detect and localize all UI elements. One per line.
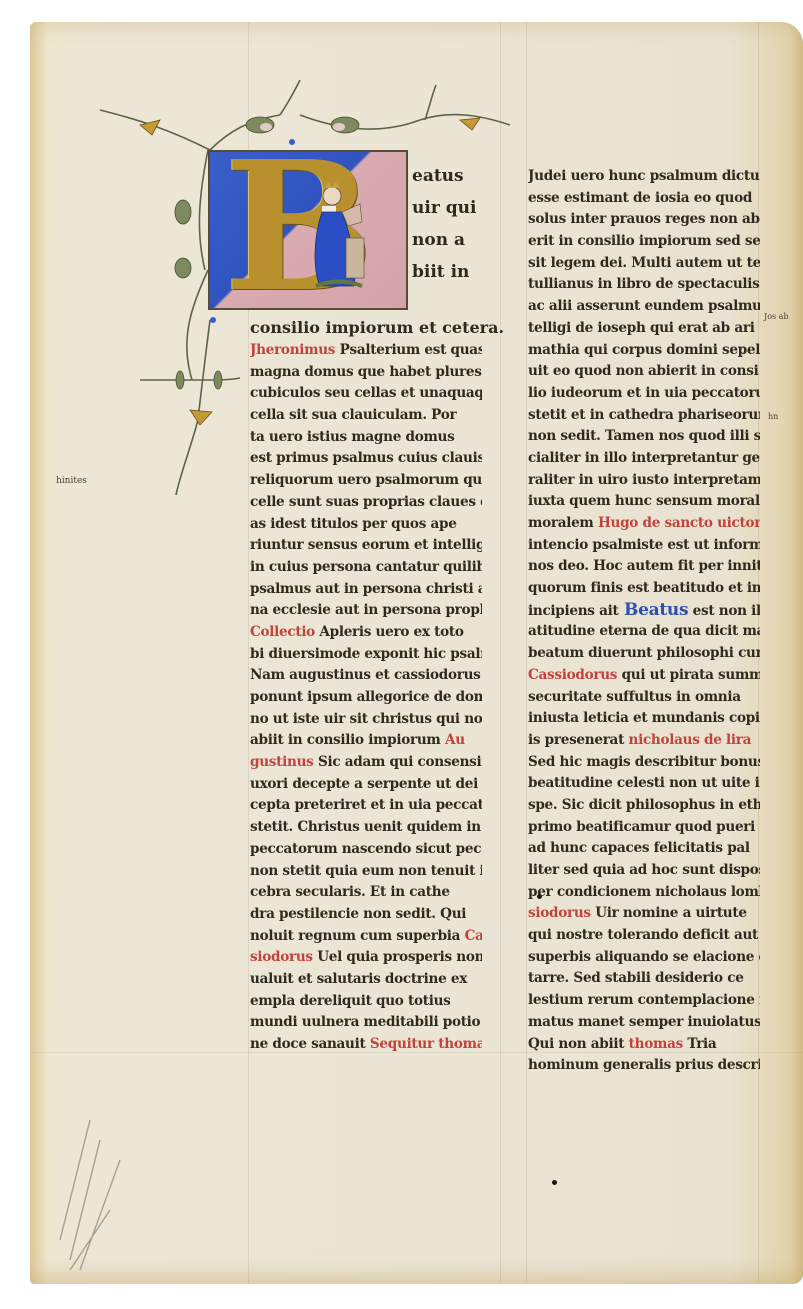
rubric-segment: Jheronimus [250,342,335,358]
text-line: raliter in uiro iusto interpretamur [528,470,760,492]
text-segment: na ecclesie aut in persona prophete. [250,602,482,618]
incipit-lines: eatus uir qui non a biit in [412,160,492,288]
text-line: siodorus Uel quia prosperis non pre [250,947,482,969]
text-segment: in cuius persona cantatur quilibet [250,559,482,575]
text-segment: empla dereliquit quo totius [250,993,451,1009]
text-line: hominum generalis prius describit [528,1055,760,1077]
incipit-line: biit in [412,256,492,288]
ink-spot [537,894,542,899]
text-segment: beatum diuerunt philosophi cum hec [528,645,760,661]
text-segment: liter sed quia ad hoc sunt dispositi [528,862,760,878]
text-line: erit in consilio impiorum sed secutus [528,231,760,253]
text-line: as idest titulos per quos ape [250,514,482,536]
text-line: Judei uero hunc psalmum dictum [528,166,760,188]
rubric-segment: Cassiodorus [528,667,617,683]
blue-segment: Beatus [618,600,688,620]
text-line: qui nostre tolerando deficit aut [528,925,760,947]
text-segment: non sedit. Tamen nos quod illi spe [528,428,760,444]
text-segment: ne doce sanauit [250,1036,365,1052]
text-line: cubiculos seu cellas et unaquaque [250,383,482,405]
text-line: uit eo quod non abierit in consi [528,361,760,383]
text-segment: peccatorum nascendo sicut peccatores sed [250,841,482,857]
text-line: moralem Hugo de sancto uictore [528,513,760,535]
text-segment: Tria [683,1036,717,1052]
text-line: intencio psalmiste est ut informet [528,535,760,557]
text-line: primo beatificamur quod pueri non sunt [528,817,760,839]
rubric-segment: Au [441,732,465,748]
text-segment: Uir nomine a uirtute [591,905,747,921]
text-segment: Apleris uero ex toto [315,624,464,640]
illuminated-initial: B [208,150,408,310]
text-line: reliquorum uero psalmorum quilibet singu… [250,470,482,492]
text-line: abiit in consilio impiorum Au [250,730,482,752]
left-text-column: Jheronimus Psalterium est quasimagna dom… [250,340,482,1056]
text-segment: matus manet semper inuiolatus [528,1014,760,1030]
margin-note-right: hn [768,412,778,421]
text-segment: celle sunt suas proprias claues cu [250,494,482,510]
text-segment: esse estimant de iosia eo quod [528,190,752,206]
text-line: is presenerat nicholaus de lira [528,730,760,752]
text-line: tullianus in libro de spectaculis [528,274,760,296]
king-david-figure [302,182,372,292]
text-line: stetit et in cathedra phariseorum [528,405,760,427]
margin-note-right: Jos ab [764,312,789,321]
text-line: matus manet semper inuiolatus [528,1012,760,1034]
text-line: non stetit quia eum non tenuit ille [250,861,482,883]
text-line: superbis aliquando se elacione ex [528,947,760,969]
text-line: na ecclesie aut in persona prophete. [250,600,482,622]
text-line: tarre. Sed stabili desiderio ce [528,968,760,990]
text-segment: dra pestilencie non sedit. Qui [250,906,466,922]
incipit-line: eatus [412,160,492,192]
text-line: sit legem dei. Multi autem ut ter [528,253,760,275]
text-line: lio iudeorum et in uia peccatorum non [528,383,760,405]
text-segment: cella sit sua clauiculam. Por [250,407,456,423]
rubric-segment: Sequitur thomas [365,1036,482,1052]
text-segment: tarre. Sed stabili desiderio ce [528,970,744,986]
text-line: est primus psalmus cuius clauis est spir… [250,448,482,470]
rubric-segment: Cas [460,928,482,944]
text-segment: cepta preteriret et in uia peccatorum [250,797,482,813]
text-line: psalmus aut in persona christi aut in pe… [250,579,482,601]
text-segment: Uel quia prosperis non pre [313,949,482,965]
text-line: Sed hic magis describitur bonus [528,752,760,774]
text-segment: securitate suffultus in omnia [528,689,741,705]
text-line: Qui non abiit thomas Tria [528,1034,760,1056]
rubric-segment: siodorus [250,949,313,965]
text-segment: mundi uulnera meditabili potio [250,1014,480,1030]
text-segment: magna domus que habet plures [250,364,482,380]
text-line: empla dereliquit quo totius [250,991,482,1013]
text-line: iuxta quem hunc sensum moralem [528,491,760,513]
text-segment: sit legem dei. Multi autem ut ter [528,255,760,271]
text-segment: stetit. Christus uenit quidem in uia [250,819,482,835]
text-line: bi diuersimode exponit hic psalmus [250,644,482,666]
text-segment: cialiter in illo interpretantur gene [528,450,760,466]
text-line: magna domus que habet plures [250,362,482,384]
text-segment: est non illa be [688,603,760,619]
text-segment: beatitudine celesti non ut uite in [528,775,760,791]
text-segment: erit in consilio impiorum sed secutus [528,233,760,249]
text-line: uxori decepte a serpente ut dei pre [250,774,482,796]
text-segment: qui ut pirata summa [617,667,760,683]
text-segment: hominum generalis prius describit [528,1057,760,1073]
text-segment: atitudine eterna de qua dicit magister [528,623,760,639]
text-line: cialiter in illo interpretantur gene [528,448,760,470]
text-line: solus inter prauos reges non ab [528,209,760,231]
text-segment: lio iudeorum et in uia peccatorum non [528,385,760,401]
text-line: dra pestilencie non sedit. Qui [250,904,482,926]
text-line: cella sit sua clauiculam. Por [250,405,482,427]
text-line: cepta preteriret et in uia peccatorum [250,795,482,817]
ink-spot [552,1180,557,1185]
text-line: ponunt ipsum allegorice de domi [250,687,482,709]
text-segment: Qui non abiit [528,1036,624,1052]
text-line: mathia qui corpus domini sepeli [528,340,760,362]
text-line: stetit. Christus uenit quidem in uia [250,817,482,839]
text-line: Jheronimus Psalterium est quasi [250,340,482,362]
text-segment: incipiens ait [528,603,618,619]
text-line: Nam augustinus et cassiodorus ex [250,665,482,687]
text-line: ta uero istius magne domus [250,427,482,449]
text-segment: telligi de ioseph qui erat ab ari [528,320,755,336]
text-segment: solus inter prauos reges non ab [528,211,760,227]
text-segment: per condicionem nicholaus lombardus [528,884,760,900]
text-segment: superbis aliquando se elacione ex [528,949,760,965]
text-line: spe. Sic dicit philosophus in ethicorum [528,795,760,817]
incipit-line: non a [412,224,492,256]
text-segment: uit eo quod non abierit in consi [528,363,758,379]
text-segment: ualuit et salutaris doctrine ex [250,971,467,987]
text-segment: is presenerat [528,732,624,748]
incipit-line: uir qui [412,192,492,224]
text-line: iniusta leticia et mundanis copi [528,708,760,730]
text-line: securitate suffultus in omnia [528,687,760,709]
rubric-segment: thomas [624,1036,683,1052]
text-segment: no ut iste uir sit christus qui non [250,711,482,727]
text-segment: uxori decepte a serpente ut dei pre [250,776,482,792]
text-line: non sedit. Tamen nos quod illi spe [528,426,760,448]
text-segment: ac alii asserunt eundem psalmum posse in [528,298,760,314]
text-line: nos deo. Hoc autem fit per innites [528,556,760,578]
text-line: quorum finis est beatitudo et in beatitu… [528,578,760,600]
text-line: no ut iste uir sit christus qui non [250,709,482,731]
margin-note-left: hinites [56,476,87,486]
text-line: Collectio Apleris uero ex toto [250,622,482,644]
text-line: mundi uulnera meditabili potio [250,1012,482,1034]
text-segment: primo beatificamur quod pueri non sunt [528,819,760,835]
text-segment: Sed hic magis describitur bonus [528,754,760,770]
text-line: esse estimant de iosia eo quod [528,188,760,210]
text-line: celle sunt suas proprias claues cu [250,492,482,514]
text-segment: cebra secularis. Et in cathe [250,884,450,900]
text-line: gustinus Sic adam qui consensit [250,752,482,774]
text-segment: iuxta quem hunc sensum moralem [528,493,760,509]
text-segment: raliter in uiro iusto interpretamur [528,472,760,488]
text-line: siodorus Uir nomine a uirtute [528,903,760,925]
text-segment: riuntur sensus eorum et intelligitur [250,537,482,553]
text-segment: est primus psalmus cuius clauis est spir… [250,450,482,466]
text-segment: nos deo. Hoc autem fit per innites [528,558,760,574]
rubric-segment: nicholaus de lira [624,732,751,748]
pencil-marks [30,1110,170,1280]
text-segment: Judei uero hunc psalmum dictum [528,168,760,184]
text-line: per condicionem nicholaus lombardus Cas [528,882,760,904]
rubric-segment: gustinus [250,754,314,770]
text-line: telligi de ioseph qui erat ab ari [528,318,760,340]
text-segment: psalmus aut in persona christi aut in pe… [250,581,482,597]
text-segment: intencio psalmiste est ut informet [528,537,760,553]
text-line: noluit regnum cum superbia Cas [250,926,482,948]
text-segment: cubiculos seu cellas et unaquaque [250,385,482,401]
text-line: beatitudine celesti non ut uite in [528,773,760,795]
text-line: Cassiodorus qui ut pirata summa [528,665,760,687]
right-text-column: Judei uero hunc psalmum dictumesse estim… [528,166,760,1077]
text-segment: Nam augustinus et cassiodorus ex [250,667,482,683]
text-line: ad hunc capaces felicitatis pal [528,838,760,860]
rubric-segment: Hugo de sancto uictore [594,515,760,531]
rubric-segment: siodorus [528,905,591,921]
text-segment: bi diuersimode exponit hic psalmus [250,646,482,662]
text-segment: qui nostre tolerando deficit aut [528,927,758,943]
text-segment: abiit in consilio impiorum [250,732,441,748]
text-line: lestium rerum contemplacione fir [528,990,760,1012]
text-segment: tullianus in libro de spectaculis [528,276,760,292]
text-segment: stetit et in cathedra phariseorum [528,407,760,423]
text-line: beatum diuerunt philosophi cum hec [528,643,760,665]
text-line: riuntur sensus eorum et intelligitur [250,535,482,557]
rubric-segment: Collectio [250,624,315,640]
text-segment: iniusta leticia et mundanis copi [528,710,760,726]
text-line: atitudine eterna de qua dicit magister [528,621,760,643]
text-line: in cuius persona cantatur quilibet [250,557,482,579]
text-line: ualuit et salutaris doctrine ex [250,969,482,991]
text-segment: ta uero istius magne domus [250,429,455,445]
text-segment: as idest titulos per quos ape [250,516,457,532]
text-segment: non stetit quia eum non tenuit ille [250,863,482,879]
text-line: peccatorum nascendo sicut peccatores sed [250,839,482,861]
text-line: ne doce sanauit Sequitur thomas [250,1034,482,1056]
text-segment: moralem [528,515,594,531]
text-segment: quorum finis est beatitudo et in beatitu… [528,580,760,596]
text-segment: noluit regnum cum superbia [250,928,460,944]
text-segment: lestium rerum contemplacione fir [528,992,760,1008]
text-line: incipiens ait Beatus est non illa be [528,600,760,622]
text-segment: reliquorum uero psalmorum quilibet singu… [250,472,482,488]
incipit-continuation: consilio impiorum et cetera. [250,318,504,337]
text-segment: Sic adam qui consensit [314,754,482,770]
text-segment: spe. Sic dicit philosophus in ethicorum [528,797,760,813]
text-line: ac alii asserunt eundem psalmum posse in [528,296,760,318]
text-segment: ponunt ipsum allegorice de domi [250,689,482,705]
text-line: liter sed quia ad hoc sunt dispositi [528,860,760,882]
text-line: cebra secularis. Et in cathe [250,882,482,904]
ruling-line [526,22,527,1284]
text-segment: Psalterium est quasi [335,342,482,358]
text-segment: mathia qui corpus domini sepeli [528,342,760,358]
text-segment: ad hunc capaces felicitatis pal [528,840,750,856]
